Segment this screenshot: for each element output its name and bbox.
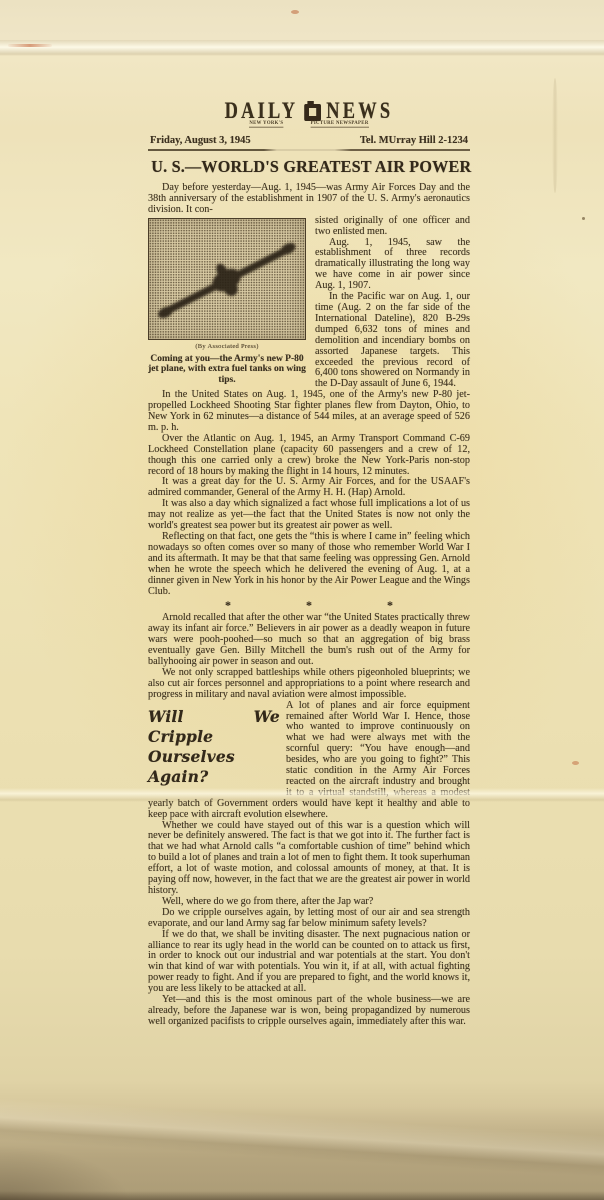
fold-crease-bottom [0,1097,604,1182]
masthead-tagline-left: NEW YORK'S [249,120,283,127]
paragraph: Yet—and this is the most ominous part of… [148,995,470,1028]
paragraph: If we do that, we shall be inviting disa… [148,930,470,995]
paragraph: Do we cripple ourselves again, by lettin… [148,908,470,930]
dateline-rule [148,149,470,151]
subhead-line: Will We Cripple [148,707,280,747]
photo-p80-jet [148,218,306,340]
paper-corner-shadow [0,1145,130,1200]
section-subhead: Will We Cripple Ourselves Again? [148,703,280,793]
subhead-line: Ourselves Again? [148,747,280,787]
paper-stain [291,10,299,14]
fold-crease-right [552,78,558,193]
paper-stain [8,44,52,47]
masthead: DAILY NEWS NEW YORK'S PICTURE NEWSPAPER [180,94,438,128]
photo-caption: Coming at you—the Army's new P-80 jet pl… [148,354,306,386]
masthead-tagline: NEW YORK'S PICTURE NEWSPAPER [180,120,438,127]
paragraph: Over the Atlantic on Aug. 1, 1945, an Ar… [148,434,470,478]
plane-silhouette [149,219,305,339]
camera-icon [304,104,321,121]
dateline: Friday, August 3, 1945 Tel. MUrray Hill … [148,135,470,146]
asterisk-separator: * * * [148,600,470,611]
paragraph: Reflecting on that fact, one gets the “t… [148,532,470,597]
dateline-phone: Tel. MUrray Hill 2-1234 [360,135,468,146]
photo-block: (By Associated Press) Coming at you—the … [148,218,306,385]
photo-credit: (By Associated Press) [148,342,306,353]
fold-crease-top [0,40,604,56]
paragraph: Whether we could have stayed out of this… [148,821,470,897]
page-title: U. S.—WORLD'S GREATEST AIR POWER [151,157,467,177]
article-body: Day before yesterday—Aug. 1, 1945—was Ar… [148,183,470,1028]
newspaper-clipping-scan: DAILY NEWS NEW YORK'S PICTURE NEWSPAPER … [0,0,604,1200]
paragraph: Arnold recalled that after the other war… [148,613,470,668]
paper-bottom-edge [0,1191,604,1200]
paragraph: Day before yesterday—Aug. 1, 1945—was Ar… [148,183,470,216]
masthead-tagline-right: PICTURE NEWSPAPER [311,120,369,127]
clipping-content: DAILY NEWS NEW YORK'S PICTURE NEWSPAPER … [148,94,470,1028]
paragraph: In the United States on Aug. 1, 1945, on… [148,390,470,434]
paragraph: It was a great day for the U. S. Army Ai… [148,477,470,499]
paragraph: It was also a day which signalized a fac… [148,499,470,532]
paper-bottom-shading [0,1106,604,1200]
dateline-date: Friday, August 3, 1945 [150,135,251,146]
paper-stain [572,761,579,765]
paragraph: We not only scrapped battleships while o… [148,668,470,701]
paper-stain [582,217,585,220]
